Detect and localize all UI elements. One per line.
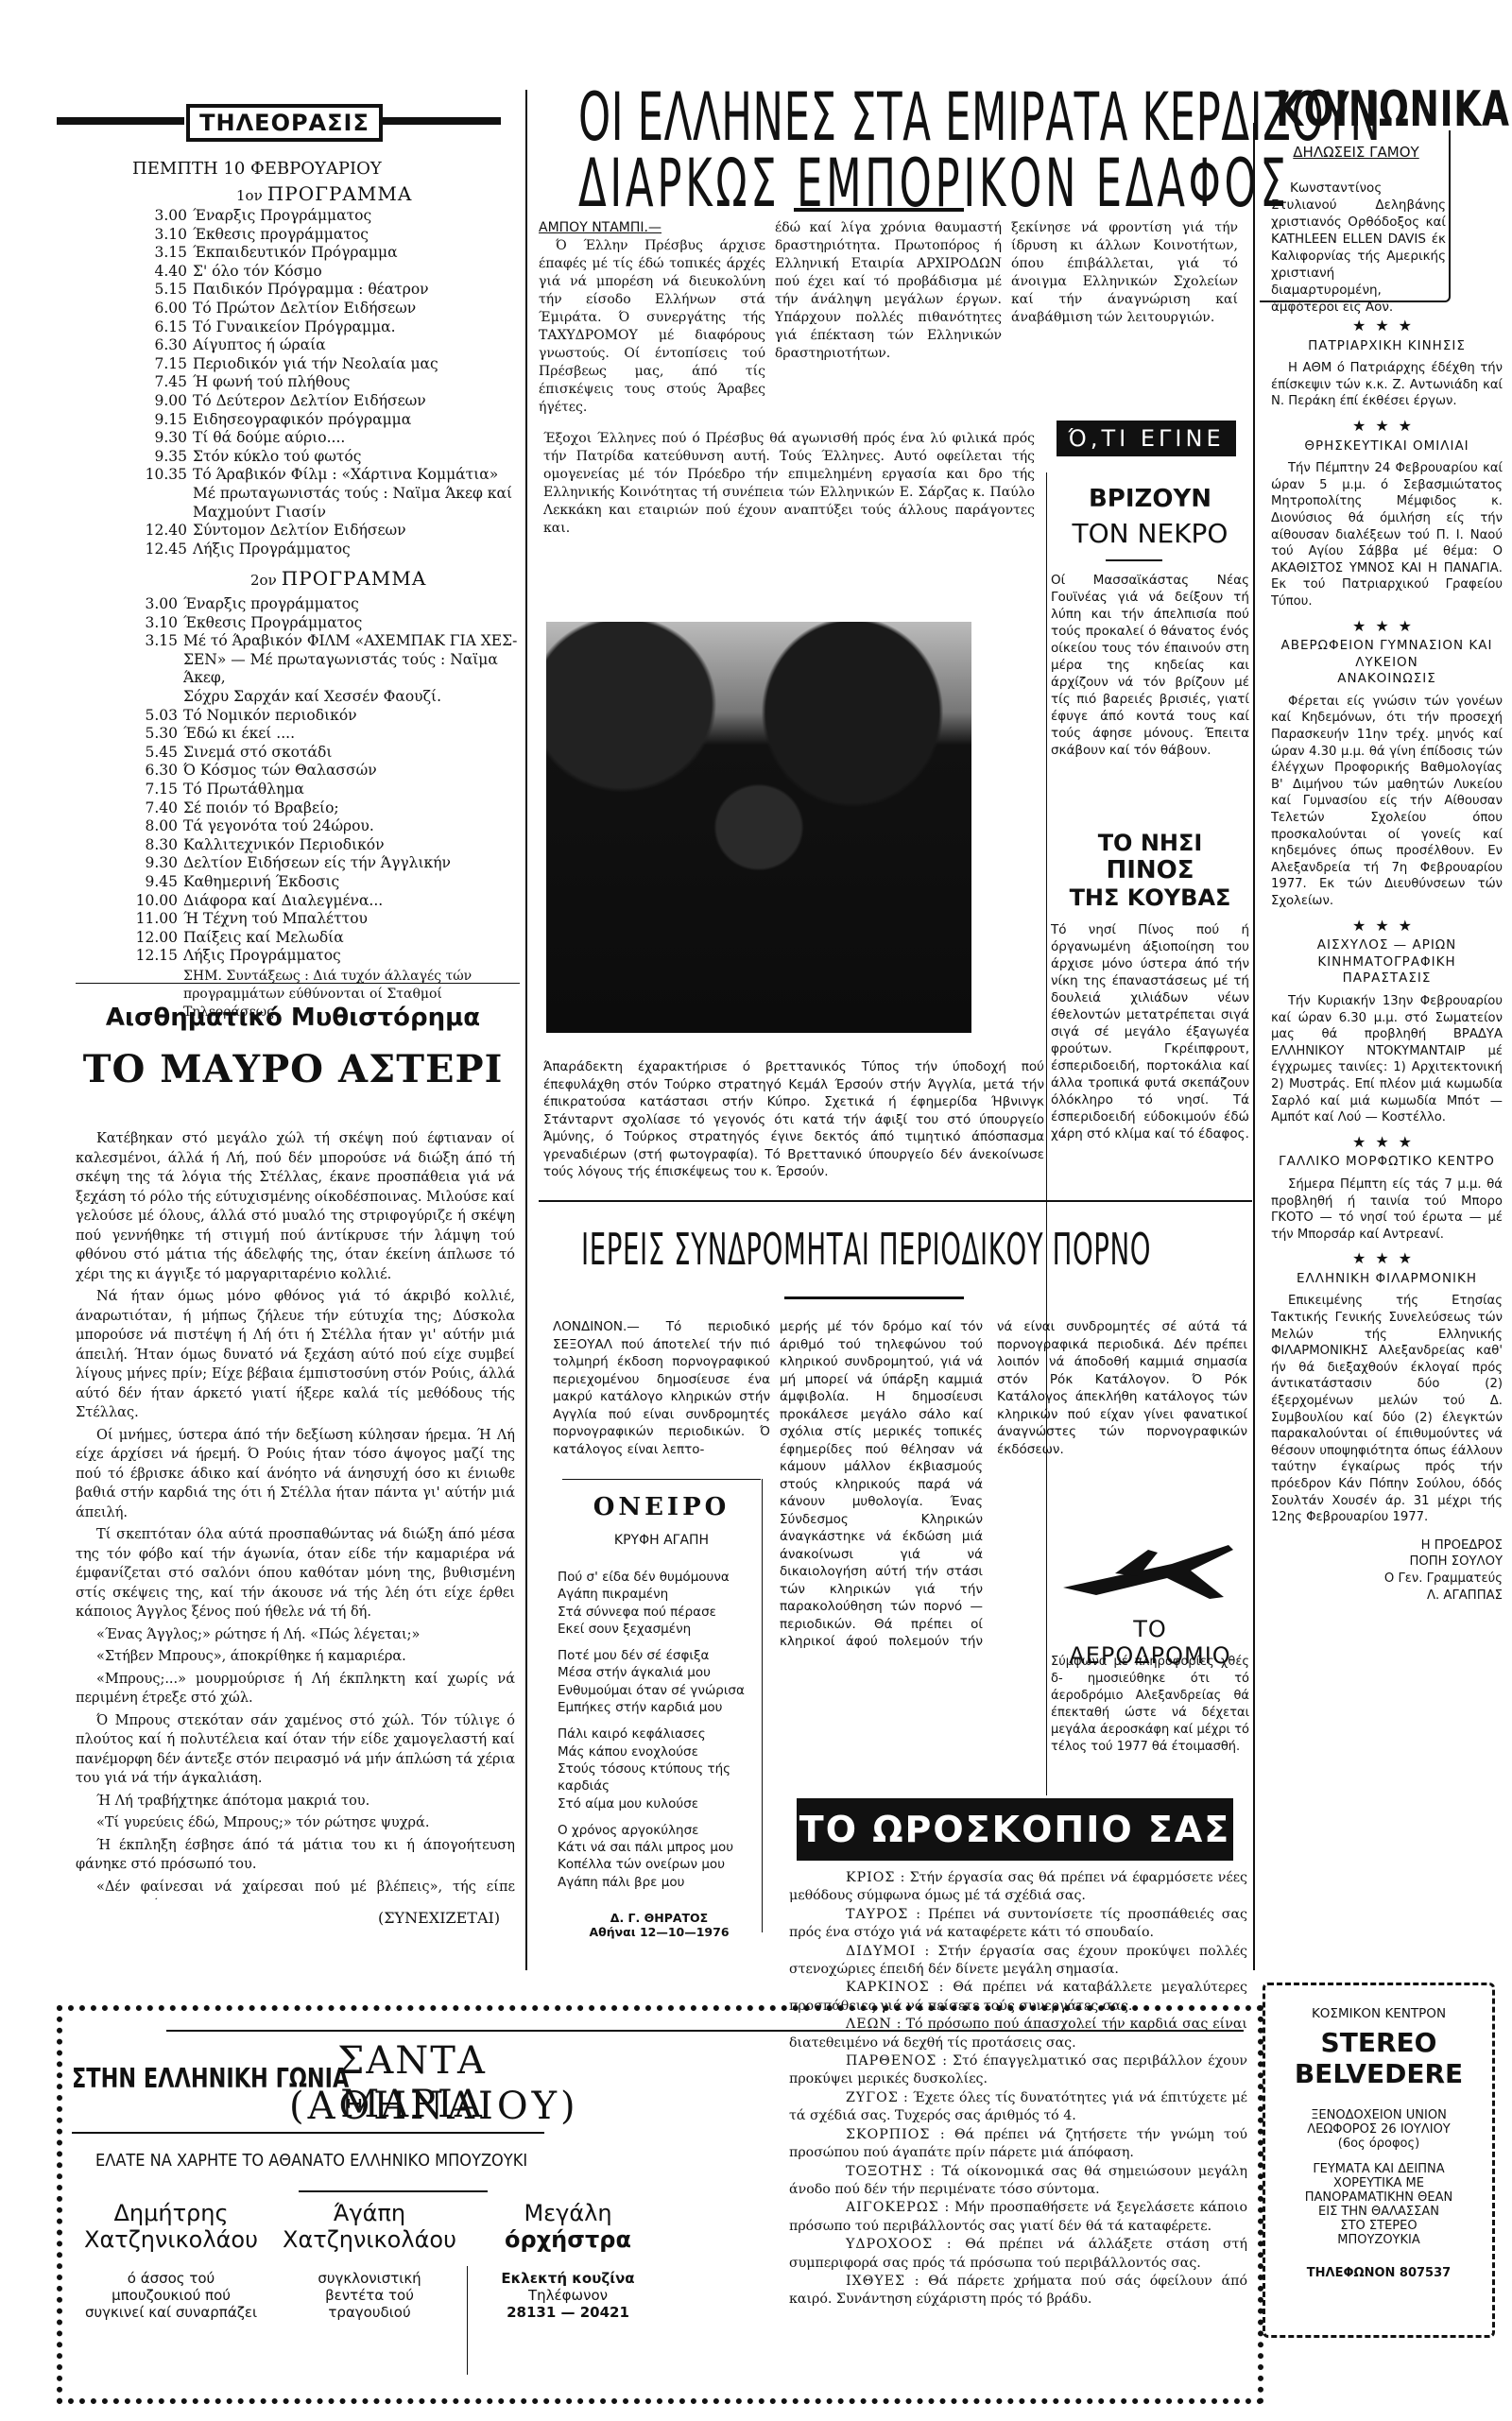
tv-show: Ή Τέχνη τού Μπαλέττου: [183, 910, 520, 929]
tv-time: [132, 504, 193, 523]
novel-paragraph: «Στήβεν Μπρους», άποκρίθηκε ή καμαριέρα.: [76, 1647, 515, 1667]
horoscope-sign: ΤΑΥΡΟΣ : Πρέπει νά συντονίσετε τίς προσπ…: [789, 1906, 1247, 1943]
section-heading: ΑΒΕΡΩΦΕΙΟΝ ΓΥΜΝΑΣΙΟΝ ΚΑΙ ΛΥΚΕΙΟΝ: [1271, 638, 1503, 671]
tv-time: 10.35: [132, 466, 193, 485]
otienine-headline-1: ΒΡΙΖΟΥΝ: [1051, 485, 1249, 513]
section-heading: ΠΑΤΡΙΑΡΧΙΚΗ ΚΙΝΗΣΙΣ: [1271, 338, 1503, 355]
poem-line: Στούς τόσους κτύπους τής καρδιάς: [558, 1760, 761, 1795]
tv-schedule-row: 5.03Τό Νομικόν περιοδικόν: [123, 707, 520, 726]
tv-time: 12.15: [123, 947, 183, 966]
poem-right-rule: [762, 1479, 763, 1932]
tv-time: [123, 688, 183, 707]
tv-schedule-row: 6.30Ό Κόσμος τών Θαλασσών: [123, 762, 520, 781]
novel-paragraph: «Μπρους;...» μουρμούρισε ή Λή έκπληκτη κ…: [76, 1670, 515, 1708]
tv-program-2-heading: 2ον ΠΡΟΓΡΑΜΜΑ: [250, 567, 520, 590]
section-subheading: ΚΙΝΗΜΑΤΟΓΡΑΦΙΚΗ ΠΑΡΑΣΤΑΣΙΣ: [1271, 954, 1503, 987]
tv-schedule-row: 3.00Έναρξις προγράμματος: [123, 595, 520, 614]
priests-col-1: ΛΟΝΔΙΝΟΝ.— Τό περιοδικό ΣΕΞΟΥΑΛ πού άποτ…: [553, 1318, 770, 1458]
tv-show: Σινεμά στό σκοτάδι: [183, 744, 520, 763]
tv-time: 5.03: [123, 707, 183, 726]
signoff-line: Η ΠΡΟΕΔΡΟΣ: [1271, 1537, 1503, 1554]
poem-line: Μέσα στήν άγκαλιά μου: [558, 1664, 761, 1681]
novel-paragraph: Ή έκπληξη έσβησε άπό τά μάτια του κι ή ά…: [76, 1836, 515, 1875]
poem-line: Πού σ' είδα δέν θυμόμουνα: [558, 1569, 761, 1586]
tv-show: Τό Πρωτάθλημα: [183, 781, 520, 799]
tv-schedule-row: 11.00Ή Τέχνη τού Μπαλέττου: [123, 910, 520, 929]
tv-time: 3.15: [123, 632, 183, 651]
novel-paragraph: Ή Λή τραβήχτηκε άπότομα μακριά του.: [76, 1792, 515, 1811]
ad-divider: [467, 2266, 468, 2375]
sign-sep: :: [916, 1944, 937, 1959]
tv-schedule-row: 3.00Έναρξις Προγράμματος: [132, 207, 520, 226]
novel-paragraph: «Δέν φαίνεσαι νά χαίρεσαι πού μέ βλέπεις…: [76, 1878, 515, 1900]
sign-sep: :: [908, 1907, 928, 1922]
tv-schedule-row: 8.00Τά γεγονότα τού 24ώρου.: [123, 817, 520, 836]
tv-show: Έναρξις Προγράμματος: [193, 207, 520, 226]
tv-schedule-row: 9.45Καθημερινή Έκδοσις: [123, 873, 520, 892]
zodiac-sign: ΔΙΔΥΜΟΙ: [846, 1944, 916, 1959]
tv-time: 3.10: [132, 226, 193, 245]
novel-paragraph: Ό Μπρους στεκόταν σάν χαμένος στό χώλ. Τ…: [76, 1711, 515, 1789]
section-text: Τήν Κυριακήν 13ην Φεβρουαρίου καί ώραν 6…: [1271, 993, 1503, 1126]
tv-time: 8.30: [123, 836, 183, 855]
tv-time: 3.00: [132, 207, 193, 226]
signoff-line: ΠΟΠΗ ΣΟΥΛΟΥ: [1271, 1554, 1503, 1571]
tv-show: Περιοδικόν γιά τήν Νεολαία μας: [193, 355, 520, 374]
ad-top-rule: [166, 2030, 1244, 2032]
tv-time: 9.35: [132, 448, 193, 467]
tv-schedule-row: 7.45Ή φωνή τού πλήθους: [132, 373, 520, 392]
tv-show: Έκθεσις προγράμματος: [193, 226, 520, 245]
tv-time: 8.00: [123, 817, 183, 836]
tv-show: Λήξις Προγράμματος: [183, 947, 520, 966]
poem-top-rule: [562, 1479, 761, 1480]
novel-paragraph: Κατέβηκαν στό μεγάλο χώλ τή σκέψη πού έφ…: [76, 1129, 515, 1284]
tv-show: Τό Νομικόν περιοδικόν: [183, 707, 520, 726]
tv-schedule-row: 10.35Τό Άραβικόν Φίλμ : «Χάρτινα Κομμάτι…: [132, 466, 520, 485]
novel-kicker: Αισθηματικό Μυθιστόρημα: [76, 1004, 510, 1032]
zodiac-sign: ΤΑΥΡΟΣ: [846, 1907, 908, 1922]
ad-mid-rule: [72, 2132, 544, 2134]
tv-schedule-row: 10.00Διάφορα καί Διαλεγμένα...: [123, 892, 520, 911]
tv-show: Έδώ κι έκεί ....: [183, 725, 520, 744]
tv-schedule-row: 6.15Τό Γυναικείον Πρόγραμμα.: [132, 318, 520, 337]
tv-time: 12.00: [123, 929, 183, 948]
horoscope-sign: ΚΡΙΟΣ : Στήν έργασία σας θά πρέπει νά έφ…: [789, 1869, 1247, 1906]
tv-schedule-row: 9.15Ειδησεογραφικόν πρόγραμμα: [132, 411, 520, 430]
novel-body: Κατέβηκαν στό μεγάλο χώλ τή σκέψη πού έφ…: [76, 1129, 515, 1899]
tv-time: 5.15: [132, 281, 193, 300]
poem-line: Στό αίμα μου κυλούσε: [558, 1795, 761, 1812]
koinonika-sections: ★★★ΠΑΤΡΙΑΡΧΙΚΗ ΚΙΝΗΣΙΣΗ ΑΘΜ ό Πατριάρχης…: [1271, 310, 1503, 1803]
section-heading: ΑΙΣΧΥΛΟΣ — ΑΡΙΩΝ: [1271, 937, 1503, 954]
poem-line: Ποτέ μου δέν σέ έσφιξα: [558, 1647, 761, 1664]
tv-schedule-row: ΣΕΝ» — Μέ πρωταγωνιστάς τούς : Ναϊμα Άκε…: [123, 651, 520, 688]
tv-show: Ή φωνή τού πλήθους: [193, 373, 520, 392]
tv-show: Ειδησεογραφικόν πρόγραμμα: [193, 411, 520, 430]
section-text: Η ΑΘΜ ό Πατριάρχης έδέχθη τήν έπίσκεψιν …: [1271, 360, 1503, 410]
tv-time: 6.30: [132, 336, 193, 355]
section-text: Σήμερα Πέμπτη είς τάς 7 μ.μ. θά προβληθή…: [1271, 1176, 1503, 1243]
tv-time: 7.45: [132, 373, 193, 392]
tv-show: Τά γεγονότα τού 24ώρου.: [183, 817, 520, 836]
tv-show: Δελτίον Ειδήσεων είς τήν Άγγλικήν: [183, 854, 520, 873]
poem-line: [558, 1716, 761, 1726]
section-text: Τήν Πέμπτην 24 Φεβρουαρίου καί ώραν 5 μ.…: [1271, 460, 1503, 610]
tv-schedule-row: Μαχμούντ Γιασίν: [132, 504, 520, 523]
tv-show: Μαχμούντ Γιασίν: [193, 504, 520, 523]
tv-schedule-row: 4.40Σ' όλο τόν Κόσμο: [132, 263, 520, 282]
tv-show: Καθημερινή Έκδοσις: [183, 873, 520, 892]
tv-show: Λήξις Προγράμματος: [193, 541, 520, 559]
star-divider-icon: ★★★: [1271, 618, 1503, 635]
poem-line: Κοπέλλα τών ονείρων μου: [558, 1856, 761, 1873]
headline-underline: [794, 208, 964, 212]
sign-sep: :: [930, 1980, 954, 1995]
tv-time: 5.30: [123, 725, 183, 744]
star-divider-icon: ★★★: [1271, 1134, 1503, 1151]
poem-line: [558, 1638, 761, 1647]
tv-show: Τό Άραβικόν Φίλμ : «Χάρτινα Κομμάτια»: [193, 466, 520, 485]
ad-name-2: (ΑΘΗΝΑΙΟΥ): [289, 2085, 535, 2128]
tv-time: 6.15: [132, 318, 193, 337]
tv-schedule-row: 3.10Έκθεσις Προγράμματος: [123, 614, 520, 633]
tv-show: Τί θά δούμε αύριο....: [193, 429, 520, 448]
tv-time: 7.15: [132, 355, 193, 374]
tv-time: 7.15: [123, 781, 183, 799]
tv-time: 4.40: [132, 263, 193, 282]
zodiac-sign: ΚΡΙΟΣ: [846, 1870, 895, 1885]
emirates-col-2: έδώ καί λίγα χρόνια θαυμαστή δραστηριότη…: [775, 219, 1002, 417]
poem-lines: Πού σ' είδα δέν θυμόμουναΑγάπη πικραμένη…: [558, 1569, 761, 1891]
stereo-belvedere-ad: ΚΟΣΜΙΚΟΝ ΚΕΝΤΡΟΝ STEREO BELVEDERE ΞΕΝΟΔΟ…: [1263, 1983, 1495, 2338]
tv-time: 12.45: [132, 541, 193, 559]
tv-schedule-row: 3.15Έκπαιδευτικόν Πρόγραμμα: [132, 244, 520, 263]
column-rule-2: [1253, 123, 1255, 1970]
tv-show: Τό Πρώτον Δελτίον Ειδήσεων: [193, 300, 520, 318]
tv-time: 10.00: [123, 892, 183, 911]
tv-program-2: 2ον ΠΡΟΓΡΑΜΜΑ 3.00Έναρξις προγράμματος3.…: [123, 567, 520, 1022]
ad-performer-2: Άγάπη Χατζηνικολάου συγκλονιστική βεντέτ…: [280, 2200, 459, 2321]
zodiac-sign: ΚΑΡΚΙΝΟΣ: [846, 1980, 930, 1995]
poem-line: Ενθυμούμαι όταν σέ γνώρισα: [558, 1682, 761, 1699]
novel-paragraph: «Ένας Άγγλος;» ρώτησε ή Λή. «Πώς λέγεται…: [76, 1625, 515, 1645]
section-heading: ΘΡΗΣΚΕΥΤΙΚΑΙ ΟΜΙΛΙΑΙ: [1271, 438, 1503, 455]
tv-schedule-row: 7.15Περιοδικόν γιά τήν Νεολαία μας: [132, 355, 520, 374]
santa-maria-ad: ΣΤΗΝ ΕΛΛΗΝΙΚΗ ΓΩΝΙΑ ΣΑΝΤΑ ΜΑΡΙΑ (ΑΘΗΝΑΙΟ…: [57, 2005, 1263, 2404]
poem-line: Ο χρόνος αργοκύλησε: [558, 1822, 761, 1839]
tv-schedule-row: 8.30Καλλιτεχνικόν Περιοδικόν: [123, 836, 520, 855]
marriage-heading: ΔΗΛΩΣΕΙΣ ΓΑΜΟΥ: [1266, 144, 1446, 161]
airplane-illustration: [1058, 1521, 1238, 1606]
tv-schedule-row: 5.15Παιδικόν Πρόγραμμα : θέατρον: [132, 281, 520, 300]
tv-schedule-1: 3.00Έναρξις Προγράμματος3.10Έκθεσις προγ…: [132, 207, 520, 558]
signoff: Η ΠΡΟΕΔΡΟΣΠΟΠΗ ΣΟΥΛΟΥΟ Γεν. ΓραμματεύςΛ.…: [1271, 1537, 1503, 1604]
tv-show: Τό Δεύτερον Δελτίον Ειδήσεων: [193, 392, 520, 411]
pinos-text: Τό νησί Πίνος πού ή όργανωμένη άξιοποίησ…: [1051, 921, 1249, 1142]
tv-schedule-row: 5.30Έδώ κι έκεί ....: [123, 725, 520, 744]
poem-line: Πάλι καιρό κεφάλιασες: [558, 1726, 761, 1743]
tv-time: 3.15: [132, 244, 193, 263]
novel-top-rule: [76, 983, 520, 984]
tv-show: Έκπαιδευτικόν Πρόγραμμα: [193, 244, 520, 263]
tv-time: 9.15: [132, 411, 193, 430]
tv-program-1: ΠΕΜΠΤΗ 10 ΦΕΒΡΟΥΑΡΙΟΥ 1ον ΠΡΟΓΡΑΜΜΑ 3.00…: [132, 159, 520, 558]
tv-time: 9.45: [123, 873, 183, 892]
tv-time: 3.10: [123, 614, 183, 633]
otienine-banner: Ό,ΤΙ ΕΓΙΝΕ: [1057, 421, 1236, 456]
section-text: Επικειμένης τής Ετησίας Τακτικής Γενικής…: [1271, 1293, 1503, 1525]
tv-schedule-row: 9.00Τό Δεύτερον Δελτίον Ειδήσεων: [132, 392, 520, 411]
tv-time: 3.00: [123, 595, 183, 614]
otienine-rule: [1106, 559, 1162, 561]
tv-show: Παίξεις καί Μελωδία: [183, 929, 520, 948]
tv-time: 9.00: [132, 392, 193, 411]
section-text: Φέρεται είς γνώσιν τών γονέων καί Κηδεμό…: [1271, 694, 1503, 910]
section-heading: ΓΑΛΛΙΚΟ ΜΟΡΦΩΤΙΚΟ ΚΕΝΤΡΟ: [1271, 1154, 1503, 1171]
tv-show: Καλλιτεχνικόν Περιοδικόν: [183, 836, 520, 855]
star-divider-icon: ★★★: [1271, 1250, 1503, 1267]
tv-schedule-row: 9.35Στόν κύκλο τού φωτός: [132, 448, 520, 467]
tv-time: 12.40: [132, 522, 193, 541]
novel-paragraph: Τί σκεπτόταν όλα αύτά προσπαθώντας νά δι…: [76, 1525, 515, 1623]
novel-title: ΤΟ ΜΑΥΡΟ ΑΣΤΕΡΙ: [76, 1047, 510, 1091]
tv-schedule-2: 3.00Έναρξις προγράμματος3.10Έκθεσις Προγ…: [123, 595, 520, 966]
poem-line: Στά σύννεφα πού πέρασε: [558, 1604, 761, 1621]
ad-lower-rule: [299, 2190, 488, 2192]
tv-schedule-row: 7.15Τό Πρωτάθλημα: [123, 781, 520, 799]
airplane-icon: [1058, 1521, 1238, 1606]
emirates-col-1: ΑΜΠΟΥ ΝΤΑΜΠΙ.— Ό Έλλην Πρέσβυς άρχισε έπ…: [539, 219, 765, 417]
horoscope-sign: ΔΙΔΥΜΟΙ : Στήν έργασία σας έχουν προκύψε…: [789, 1943, 1247, 1980]
priests-headline: ΙΕΡΕΙΣ ΣΥΝΔΡΟΜΗΤΑΙ ΠΕΡΙΟΔΙΚΟΥ ΠΟΡΝΟ: [581, 1227, 1151, 1272]
tv-show: Μέ πρωταγωνιστάς τούς : Ναϊμα Άκεφ καί: [193, 485, 520, 504]
poem-line: Εμπήκες στήν καρδιά μου: [558, 1699, 761, 1716]
tv-schedule-row: 12.15Λήξις Προγράμματος: [123, 947, 520, 966]
tv-show: Διάφορα καί Διαλεγμένα...: [183, 892, 520, 911]
news-photo-turkish-general: [546, 622, 971, 1033]
poem-line: Αγάπη πικραμένη: [558, 1586, 761, 1603]
novel-continued: (ΣΥΝΕΧΙΖΕΤΑΙ): [378, 1909, 500, 1927]
tv-banner-title: ΤΗΛΕΟΡΑΣΙΣ: [186, 104, 383, 142]
tv-show: Ό Κόσμος τών Θαλασσών: [183, 762, 520, 781]
tv-schedule-row: 12.40Σύντομον Δελτίον Ειδήσεων: [132, 522, 520, 541]
tv-show: Σύντομον Δελτίον Ειδήσεων: [193, 522, 520, 541]
poem-line: [558, 1812, 761, 1822]
tv-show: ΣΕΝ» — Μέ πρωταγωνιστάς τούς : Ναϊμα Άκε…: [183, 651, 520, 688]
tv-schedule-row: 12.00Παίξεις καί Μελωδία: [123, 929, 520, 948]
tv-time: [132, 485, 193, 504]
tv-show: Σέ ποιόν τό Βραβείο;: [183, 799, 520, 818]
priests-col-2: μερής μέ τόν δρόμο καί τόν άριθμό τού τη…: [780, 1318, 983, 1649]
emirates-article: ΑΜΠΟΥ ΝΤΑΜΠΙ.— Ό Έλλην Πρέσβυς άρχισε έπ…: [539, 219, 1238, 417]
poem-subtitle: ΚΡΥΦΗ ΑΓΑΠΗ: [562, 1533, 761, 1548]
tv-schedule-row: Μέ πρωταγωνιστάς τούς : Ναϊμα Άκεφ καί: [132, 485, 520, 504]
tv-show: Αίγυπτος ή ώραία: [193, 336, 520, 355]
tv-time: 7.40: [123, 799, 183, 818]
tv-program-1-heading: 1ον ΠΡΟΓΡΑΜΜΑ: [236, 182, 520, 205]
tv-schedule-row: 3.15Μέ τό Άραβικόν ΦΙΛΜ «ΑΧΕΜΠΑΚ ΓΙΑ ΧΕΣ…: [123, 632, 520, 651]
tv-schedule-row: 3.10Έκθεσις προγράμματος: [132, 226, 520, 245]
novel-paragraph: Νά ήταν όμως μόνο φθόνος γιά τό άκριβό κ…: [76, 1287, 515, 1423]
airport-text: Σύμφωνα μέ πληροφορίες χθές δ- ημοσιεύθη…: [1051, 1654, 1249, 1756]
tv-date: ΠΕΜΠΤΗ 10 ΦΕΒΡΟΥΑΡΙΟΥ: [132, 159, 520, 179]
poem-title: ΟΝΕΙΡΟ: [562, 1493, 761, 1521]
tv-time: 9.30: [132, 429, 193, 448]
otienine-text: Οί Μασσαϊκάστας Νέας Γουϊνέας γιά νά δεί…: [1051, 572, 1249, 759]
tv-schedule-row: 7.40Σέ ποιόν τό Βραβείο;: [123, 799, 520, 818]
signoff-line: Λ. ΑΓΑΠΠΑΣ: [1271, 1588, 1503, 1605]
marriage-text: Κωνσταντίνος Στυλιανού Δεληβάνης χριστια…: [1271, 180, 1446, 316]
signoff-line: Ο Γεν. Γραμματεύς: [1271, 1571, 1503, 1588]
tv-show: Στόν κύκλο τού φωτός: [193, 448, 520, 467]
section-heading: ΕΛΛΗΝΙΚΗ ΦΙΛΑΡΜΟΝΙΚΗ: [1271, 1271, 1503, 1288]
tv-banner: ΤΗΛΕΟΡΑΣΙΣ: [57, 104, 501, 136]
ad-tagline: ΕΛΑΤΕ ΝΑ ΧΑΡΗΤΕ ΤΟ ΑΘΑΝΑΤΟ ΕΛΛΗΝΙΚΟ ΜΠΟΥ…: [95, 2151, 521, 2171]
tv-schedule-row: 5.45Σινεμά στό σκοτάδι: [123, 744, 520, 763]
priests-rule: [784, 1296, 964, 1299]
tv-time: 6.30: [123, 762, 183, 781]
tv-time: 5.45: [123, 744, 183, 763]
tv-show: Μέ τό Άραβικόν ΦΙΛΜ «ΑΧΕΜΠΑΚ ΓΙΑ ΧΕΣ-: [183, 632, 520, 651]
section-subheading: ΑΝΑΚΟΙΝΩΣΙΣ: [1271, 671, 1503, 688]
ad-performer-1: Δημήτρης Χατζηνικολάου ό άσσος τού μπουζ…: [62, 2200, 280, 2321]
tv-schedule-row: 6.30Αίγυπτος ή ώραία: [132, 336, 520, 355]
tv-show: Σ' όλο τόν Κόσμο: [193, 263, 520, 282]
star-divider-icon: ★★★: [1271, 918, 1503, 935]
star-divider-icon: ★★★: [1271, 318, 1503, 335]
star-divider-icon: ★★★: [1271, 418, 1503, 435]
tv-schedule-row: 9.30Τί θά δούμε αύριο....: [132, 429, 520, 448]
koinonika-title: ΚΟΙΝΩΝΙΚΑ: [1276, 85, 1510, 134]
tv-schedule-row: 6.00Τό Πρώτον Δελτίον Ειδήσεων: [132, 300, 520, 318]
tv-time: 9.30: [123, 854, 183, 873]
tv-show: Έκθεσις Προγράμματος: [183, 614, 520, 633]
column-rule-1: [525, 90, 527, 1970]
tv-show: Σόχρυ Σαρχάν καί Χεσσέν Φαουζί.: [183, 688, 520, 707]
ad-orchestra: Μεγάλη όρχήστρα Εκλεκτή κουζίνα Τηλέφωνο…: [469, 2200, 667, 2321]
tv-show: Έναρξις προγράμματος: [183, 595, 520, 614]
tv-time: 6.00: [132, 300, 193, 318]
poem-signature: Δ. Γ. ΘΗΡΑΤΟΣ Αθήναι 12—10—1976: [558, 1911, 761, 1939]
tv-schedule-row: 9.30Δελτίον Ειδήσεων είς τήν Άγγλικήν: [123, 854, 520, 873]
emirates-lower-text: Έξοχοι Έλληνες πού ό Πρέσβυς θά αγωνισθή…: [543, 430, 1035, 538]
tv-show: Τό Γυναικείον Πρόγραμμα.: [193, 318, 520, 337]
emirates-col-3: ξεκίνησε νά φροντίση γιά τήν ίδρυση κι ά…: [1011, 219, 1238, 417]
horoscope-banner: ΤΟ ΩΡΟΣΚΟΠΙΟ ΣΑΣ: [797, 1798, 1233, 1861]
tv-time: 11.00: [123, 910, 183, 929]
novel-paragraph: Οί μνήμες, ύστερα άπό τήν δεξίωση κύλησα…: [76, 1426, 515, 1523]
novel-paragraph: «Τί γυρεύεις έδώ, Μπρους;» τόν ρώτησε ψυ…: [76, 1813, 515, 1833]
tv-schedule-row: 12.45Λήξις Προγράμματος: [132, 541, 520, 559]
tv-time: [123, 651, 183, 688]
pinos-headline: ΤΟ ΝΗΣΙ ΠΙΝΟΣ ΤΗΣ ΚΟΥΒΑΣ: [1051, 830, 1249, 911]
poem-line: Εκεί σουν ξεχασμένη: [558, 1621, 761, 1638]
tv-schedule-row: Σόχρυ Σαρχάν καί Χεσσέν Φαουζί.: [123, 688, 520, 707]
column-rule-3: [1046, 472, 1047, 1795]
sign-sep: :: [895, 1870, 909, 1885]
caption-bottom-rule: [539, 1200, 1252, 1202]
poem-line: Αγάπη πάλι βρε μου: [558, 1874, 761, 1891]
priests-col-3: νά είναι συνδρομητές σέ αύτά τά πορνογρα…: [997, 1318, 1247, 1458]
poem-line: Κάτι νά σαι πάλι μπρος μου: [558, 1839, 761, 1856]
photo-caption: Άπαράδεκτη έχαρακτήρισε ό βρεττανικός Τύ…: [543, 1058, 1044, 1181]
tv-show: Παιδικόν Πρόγραμμα : θέατρον: [193, 281, 520, 300]
otienine-headline-2: ΤΟΝ ΝΕΚΡΟ: [1051, 518, 1249, 549]
poem-line: Μάς κάπου ενοχλούσε: [558, 1743, 761, 1760]
